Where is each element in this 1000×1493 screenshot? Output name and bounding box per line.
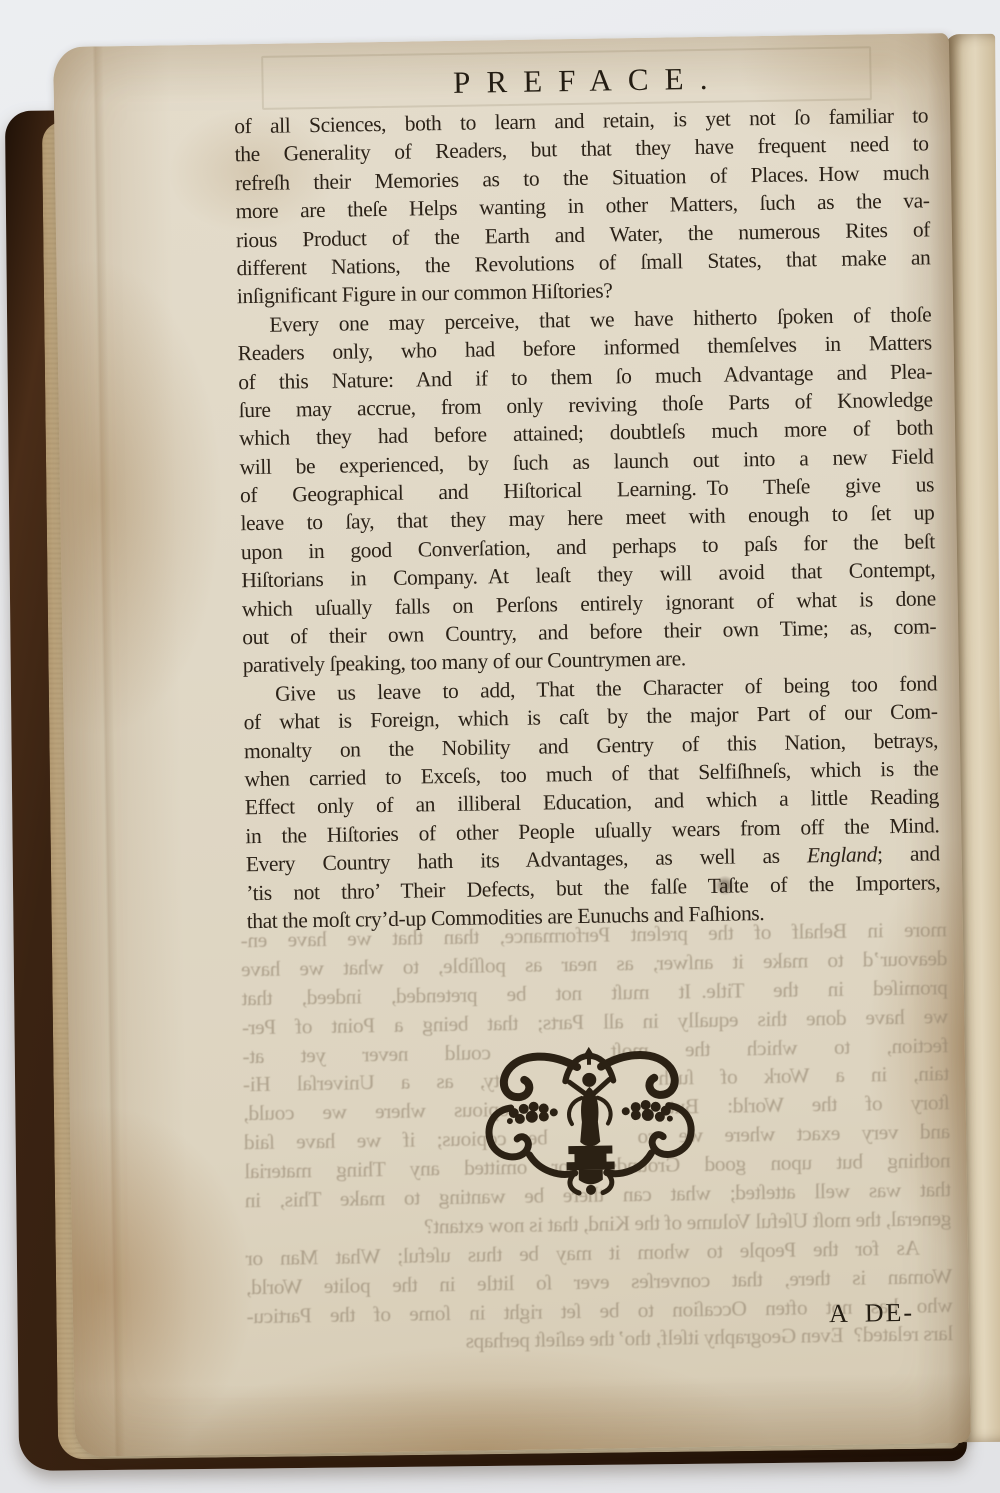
paragraph: of all Sciences, both to learn and retai…: [234, 101, 931, 311]
book-page: PREFACE. of all Sciences, both to learn …: [53, 33, 971, 1457]
catchword: A DE-: [829, 1298, 915, 1329]
preface-body-text: of all Sciences, both to learn and retai…: [234, 101, 941, 935]
paragraph: As for the People to whom it may be thus…: [246, 1233, 954, 1360]
tailpiece-ornament-icon: [479, 1043, 701, 1202]
photo-backdrop: PREFACE. of all Sciences, both to learn …: [0, 0, 1000, 1493]
paragraph: Give us leave to add, That the Character…: [243, 669, 941, 935]
page-content: PREFACE. of all Sciences, both to learn …: [233, 53, 941, 935]
paragraph: Every one may perceive, that we have hit…: [237, 300, 937, 680]
